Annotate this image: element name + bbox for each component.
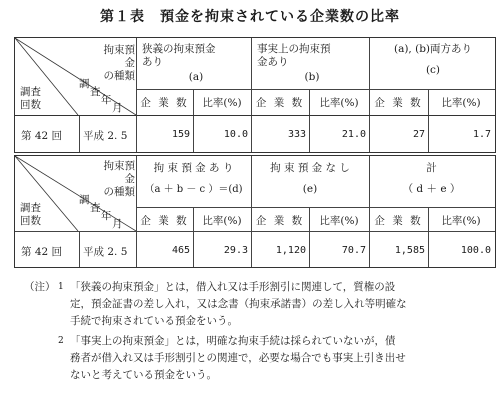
subheader-company-count: 企 業 数 (369, 213, 428, 228)
value-cell: 159 (136, 129, 193, 140)
corner-survey-count-label: 調査 回数 (20, 86, 41, 112)
note-line: 「事実上の拘束預金」とは，明確な拘束手続は採られていないが，債 (70, 333, 494, 350)
value-cell: 1,120 (251, 245, 309, 256)
header-line: 拘 束 預 金 な し (251, 162, 369, 175)
value-cell: 100.0 (428, 245, 494, 256)
note-number: 1 (58, 279, 64, 296)
corner-line: の種類 (95, 70, 135, 83)
corner-line: 回数 (20, 215, 41, 228)
divider (15, 231, 495, 232)
table-1: 拘束預金 の種類 調 査 年 月 調査 回数 狭義の拘束預金 あり (a) 事実… (14, 37, 496, 153)
note-line: 手続で拘束されている預金をいう。 (70, 313, 494, 330)
header-code: (a) (142, 71, 250, 84)
value-cell: 333 (251, 129, 309, 140)
divider (79, 115, 80, 152)
survey-date: 平成 2. 5 (83, 128, 127, 143)
corner-char: 月 (112, 100, 123, 115)
subheader-ratio: 比率(%) (309, 213, 369, 228)
corner-deposit-type-label: 拘束預金 の種類 (95, 160, 135, 199)
footnote-2: 2 「事実上の拘束預金」とは，明確な拘束手続は採られていないが，債 務者が借入れ… (24, 333, 494, 384)
subheader-company-count: 企 業 数 (136, 213, 193, 228)
corner-deposit-type-label: 拘束預金 の種類 (95, 44, 135, 83)
corner-char: 調 (79, 76, 90, 91)
header-group-e: 拘 束 預 金 な し (e) (251, 162, 369, 196)
header-group-a: 狭義の拘束預金 あり (a) (142, 43, 250, 84)
corner-line: 拘束預金 (95, 160, 135, 186)
table-title: 第１表 預金を拘束されている企業数の比率 (0, 6, 500, 26)
subheader-company-count: 企 業 数 (251, 95, 309, 110)
note-line: ないと考えている預金をいう。 (70, 367, 494, 384)
footnote-1: （注） 1 「狭義の拘束預金」とは，借入れ又は手形割引に関連して，質権の設 定，… (24, 279, 494, 330)
note-line: 定，預金証書の差し入れ，又は念書（拘束承諾書）の差し入れ等明確な (70, 296, 494, 313)
header-line: 計 (369, 162, 494, 175)
corner-char: 査 (90, 84, 101, 99)
corner-char: 調 (79, 192, 90, 207)
header-group-c: (a), (b)両方あり (c) (371, 43, 495, 77)
header-line: 金あり (257, 56, 367, 69)
header-group-d: 拘 束 預 金 あ り （a ＋ b － c ）＝(d) (136, 162, 251, 196)
value-cell: 465 (136, 245, 193, 256)
subheader-ratio: 比率(%) (428, 95, 494, 110)
subheader-ratio: 比率(%) (193, 213, 251, 228)
value-cell: 1.7 (428, 129, 494, 140)
subheader-ratio: 比率(%) (309, 95, 369, 110)
survey-number: 第 42 回 (21, 244, 62, 259)
subheader-ratio: 比率(%) (428, 213, 494, 228)
header-code: (b) (257, 71, 367, 84)
footnotes: （注） 1 「狭義の拘束預金」とは，借入れ又は手形割引に関連して，質権の設 定，… (24, 279, 494, 384)
value-cell: 1,585 (369, 245, 428, 256)
subheader-ratio: 比率(%) (193, 95, 251, 110)
value-cell: 10.0 (193, 129, 251, 140)
corner-line: 拘束預金 (95, 44, 135, 70)
value-cell: 27 (369, 129, 428, 140)
divider (136, 207, 495, 208)
corner-char: 年 (101, 208, 112, 223)
corner-survey-count-label: 調査 回数 (20, 202, 41, 228)
corner-char: 査 (90, 200, 101, 215)
corner-line: 調査 (20, 202, 41, 215)
value-cell: 70.7 (309, 245, 369, 256)
corner-line: 回数 (20, 99, 41, 112)
value-cell: 21.0 (309, 129, 369, 140)
corner-line: 調査 (20, 86, 41, 99)
subheader-company-count: 企 業 数 (251, 213, 309, 228)
subheader-company-count: 企 業 数 (369, 95, 428, 110)
survey-date: 平成 2. 5 (83, 244, 127, 259)
note-number: 2 (58, 333, 64, 350)
header-group-b: 事実上の拘束預 金あり (b) (257, 43, 367, 84)
header-code: (c) (371, 64, 495, 77)
header-group-total: 計 （ d ＋ e ） (369, 162, 494, 196)
note-line: 務者が借入れ又は手形割引との関連で，必要な場合でも事実上引き出せ (70, 350, 494, 367)
table-2: 拘束預金 の種類 調 査 年 月 調査 回数 拘 束 預 金 あ り （a ＋ … (14, 155, 496, 268)
corner-char: 月 (112, 216, 123, 231)
corner-char: 年 (101, 92, 112, 107)
note-line: 「狭義の拘束預金」とは，借入れ又は手形割引に関連して，質権の設 (70, 279, 494, 296)
header-code: （ d ＋ e ） (369, 183, 494, 196)
value-cell: 29.3 (193, 245, 251, 256)
subheader-company-count: 企 業 数 (136, 95, 193, 110)
survey-number: 第 42 回 (21, 128, 62, 143)
divider (136, 89, 495, 90)
header-code: （a ＋ b － c ）＝(d) (136, 183, 251, 196)
header-line: あり (142, 56, 250, 69)
divider (79, 231, 80, 267)
header-code: (e) (251, 183, 369, 196)
divider (15, 115, 495, 116)
header-line: 事実上の拘束預 (257, 43, 367, 56)
header-line: 狭義の拘束預金 (142, 43, 250, 56)
corner-line: の種類 (95, 186, 135, 199)
header-line: 拘 束 預 金 あ り (136, 162, 251, 175)
header-line: (a), (b)両方あり (371, 43, 495, 56)
note-label: （注） (24, 279, 56, 296)
